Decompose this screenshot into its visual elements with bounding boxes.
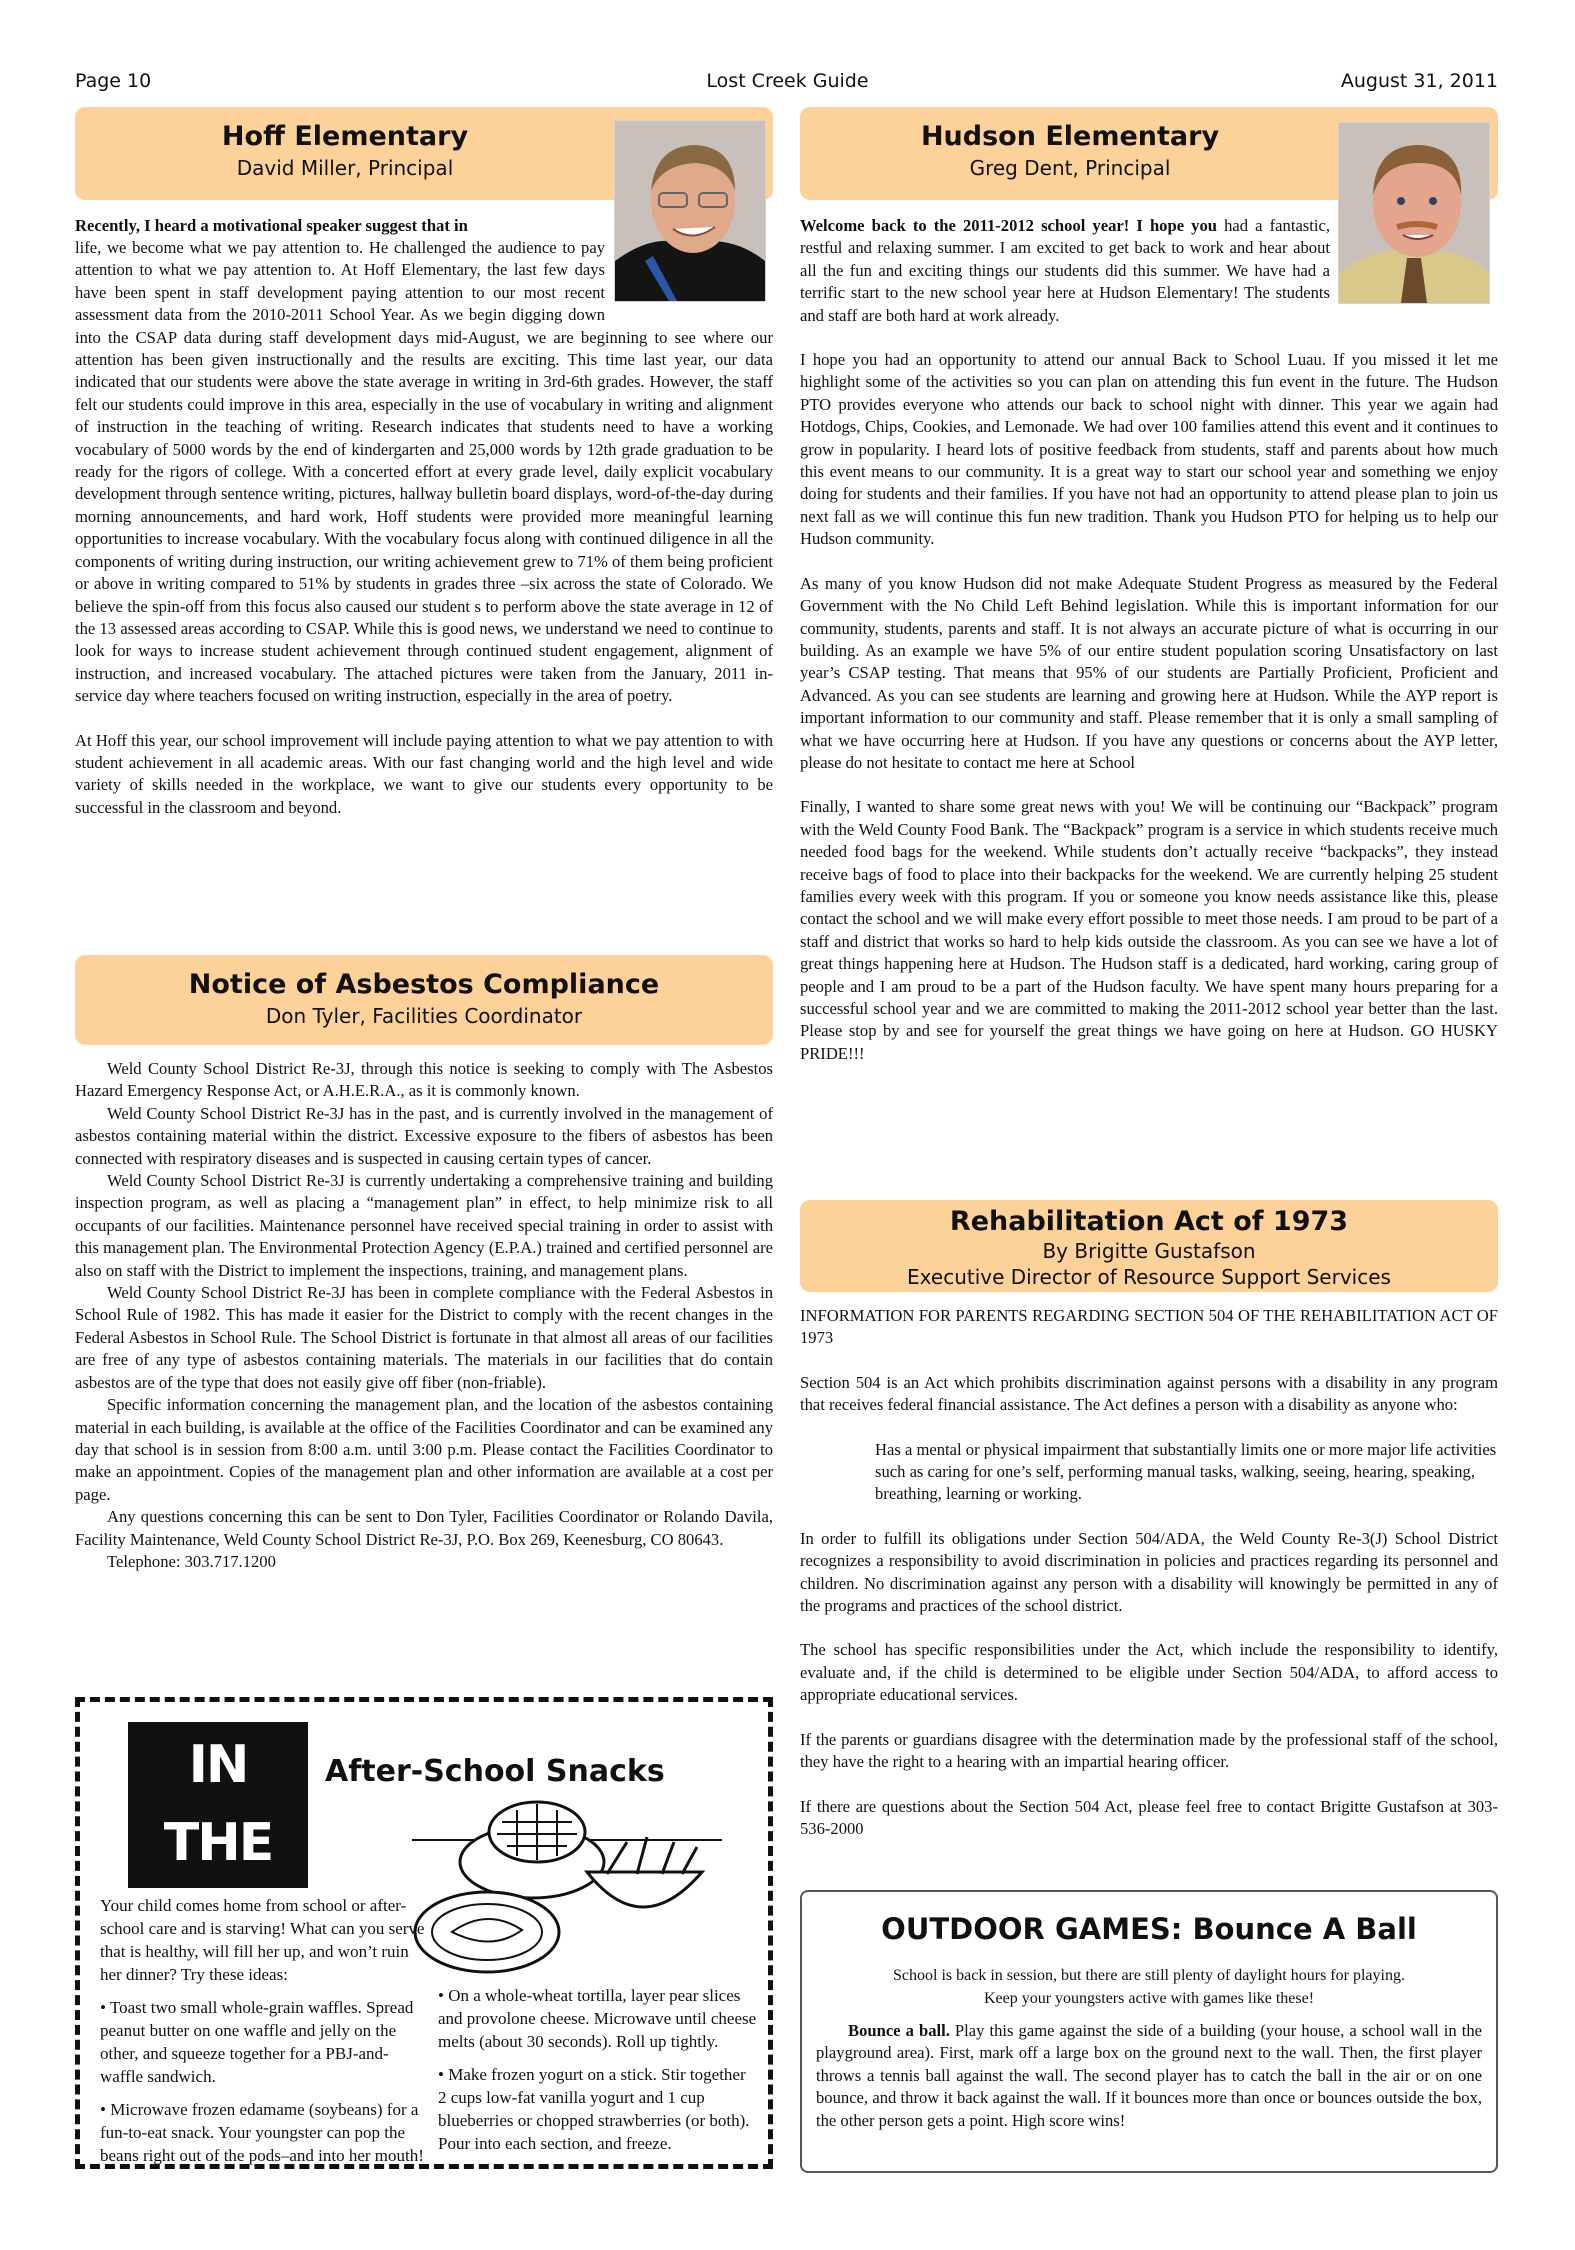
rehab-caps-heading: INFORMATION FOR PARENTS REGARDING SECTIO… [800, 1305, 1498, 1350]
hudson-byline: Greg Dent, Principal [800, 154, 1340, 182]
asbestos-paragraph: Weld County School District Re-3J has in… [75, 1103, 773, 1170]
asbestos-byline: Don Tyler, Facilities Coordinator [75, 1002, 773, 1030]
rehab-header: Rehabilitation Act of 1973 By Brigitte G… [800, 1200, 1498, 1292]
outdoor-intro: School is back in session, but there are… [802, 1964, 1496, 2010]
asbestos-telephone: Telephone: 303.717.1200 [75, 1551, 773, 1573]
outdoor-intro-line-2: Keep your youngsters active with games l… [802, 1987, 1496, 2010]
after-school-snacks-box: IN THE KITCHEN After-School Snacks Your … [75, 1697, 773, 2169]
asbestos-header: Notice of Asbestos Compliance Don Tyler,… [75, 955, 773, 1045]
asbestos-paragraph: Weld County School District Re-3J, throu… [75, 1058, 773, 1103]
publication-title: Lost Creek Guide [0, 70, 1575, 92]
outdoor-game-text: Bounce a ball. Play this game against th… [816, 2020, 1482, 2132]
asbestos-paragraph: Weld County School District Re-3J has be… [75, 1282, 773, 1394]
hudson-paragraph: As many of you know Hudson did not make … [800, 573, 1498, 775]
hudson-article: Welcome back to the 2011-2012 school yea… [800, 215, 1498, 1065]
rehab-role: Executive Director of Resource Support S… [800, 1264, 1498, 1290]
snack-tip: • Microwave frozen edamame (soybeans) fo… [100, 2098, 430, 2167]
asbestos-article: Weld County School District Re-3J, throu… [75, 1058, 773, 1573]
photo-wrap-spacer [605, 237, 773, 307]
rehab-title: Rehabilitation Act of 1973 [800, 1206, 1498, 1238]
rehab-byline: By Brigitte Gustafson [800, 1238, 1498, 1264]
asbestos-paragraph: Any questions concerning this can be sen… [75, 1506, 773, 1551]
snacks-right-column: • On a whole-wheat tortilla, layer pear … [438, 1984, 758, 2155]
rehab-paragraph: Section 504 is an Act which prohibits di… [800, 1372, 1498, 1417]
snack-tip: • Toast two small whole-grain waffles. S… [100, 1996, 430, 2088]
rehab-paragraph: In order to fulfill its obligations unde… [800, 1528, 1498, 1618]
hoff-paragraph: At Hoff this year, our school improvemen… [75, 730, 773, 820]
outdoor-title: OUTDOOR GAMES: Bounce A Ball [802, 1912, 1496, 1946]
rehab-paragraph: The school has specific responsibilities… [800, 1639, 1498, 1706]
photo-wrap-spacer [1330, 215, 1498, 307]
rehab-contact: If there are questions about the Section… [800, 1796, 1498, 1841]
outdoor-intro-line-1: School is back in session, but there are… [802, 1964, 1496, 1987]
hoff-body: life, we become what we pay attention to… [75, 237, 773, 819]
snack-tip: • Make frozen yogurt on a stick. Stir to… [438, 2063, 758, 2155]
hudson-title: Hudson Elementary [800, 120, 1340, 154]
asbestos-title: Notice of Asbestos Compliance [75, 968, 773, 1002]
rehab-definition-quote: Has a mental or physical impairment that… [875, 1439, 1498, 1506]
hoff-byline: David Miller, Principal [75, 154, 615, 182]
logo-line-1: IN THE [128, 1722, 308, 1882]
issue-date: August 31, 2011 [1341, 70, 1498, 92]
hudson-lead: Welcome back to the 2011-2012 school yea… [800, 216, 1217, 235]
hoff-paragraph: life, we become what we pay attention to… [75, 237, 773, 708]
snacks-left-column: Your child comes home from school or aft… [100, 1894, 430, 2167]
asbestos-paragraph: Weld County School District Re-3J is cur… [75, 1170, 773, 1282]
snack-illustration-icon [412, 1792, 732, 1982]
hudson-paragraph: I hope you had an opportunity to attend … [800, 349, 1498, 551]
asbestos-paragraph: Specific information concerning the mana… [75, 1394, 773, 1506]
rehab-article: INFORMATION FOR PARENTS REGARDING SECTIO… [800, 1305, 1498, 1840]
snacks-intro: Your child comes home from school or aft… [100, 1894, 430, 1986]
in-the-kitchen-logo: IN THE KITCHEN [128, 1722, 308, 1888]
hoff-title: Hoff Elementary [75, 120, 615, 154]
hoff-article: Recently, I heard a motivational speaker… [75, 215, 773, 237]
snack-tip: • On a whole-wheat tortilla, layer pear … [438, 1984, 758, 2053]
game-name: Bounce a ball. [848, 2021, 950, 2040]
snacks-title: After-School Snacks [325, 1754, 665, 1789]
outdoor-games-box: OUTDOOR GAMES: Bounce A Ball School is b… [800, 1890, 1498, 2173]
hudson-paragraph: Finally, I wanted to share some great ne… [800, 796, 1498, 1065]
hoff-lead: Recently, I heard a motivational speaker… [75, 215, 600, 237]
rehab-paragraph: If the parents or guardians disagree wit… [800, 1729, 1498, 1774]
